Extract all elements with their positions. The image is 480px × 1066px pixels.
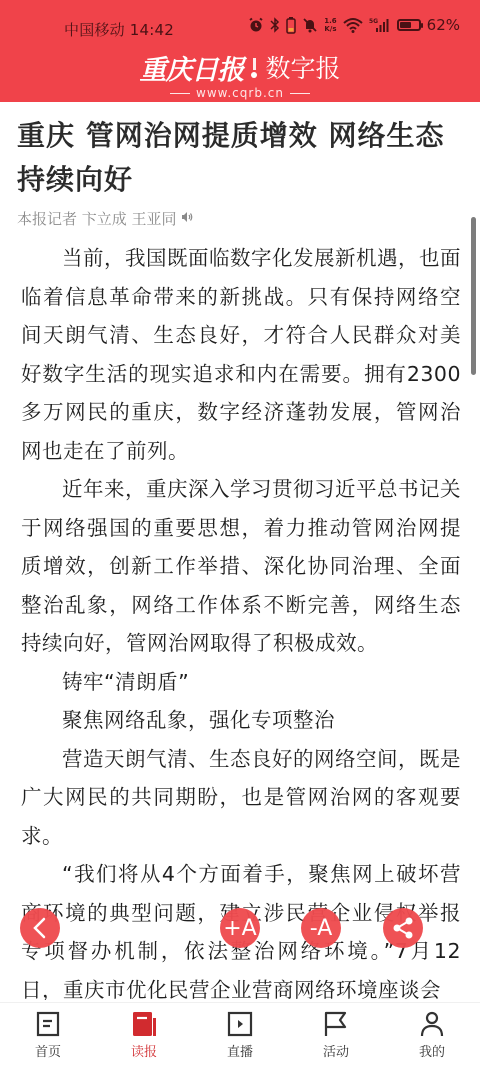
chevron-left-icon xyxy=(30,916,50,940)
font-decrease-icon: -A xyxy=(310,916,333,941)
masthead: 重庆日报 数字报 xyxy=(0,47,480,87)
masthead-url: www.cqrb.cn xyxy=(0,86,480,100)
masthead-subtitle: 数字报 xyxy=(265,49,340,85)
article-body: 当前，我国既面临数字化发展新机遇，也面临着信息革命带来的新挑战。只有保持网络空间… xyxy=(21,239,461,1000)
tab-read-paper[interactable]: 读报 xyxy=(96,1003,192,1066)
divider xyxy=(170,93,190,94)
share-icon xyxy=(391,916,415,940)
speaker-icon[interactable] xyxy=(181,211,193,226)
article-paragraph: 当前，我国既面临数字化发展新机遇，也面临着信息革命带来的新挑战。只有保持网络空间… xyxy=(21,239,461,470)
status-bar: 中国移动 14:42 1.6 K/s 5G xyxy=(0,0,480,44)
bottom-tab-bar: 首页 读报 直播 活动 我的 xyxy=(0,1002,480,1066)
net-speed-unit: K/s xyxy=(324,25,336,33)
battery-saver-icon xyxy=(286,16,296,34)
status-right: 1.6 K/s 5G 62% xyxy=(248,16,460,34)
home-icon xyxy=(35,1011,61,1037)
tab-label: 活动 xyxy=(323,1041,349,1060)
newspaper-logo: 重庆日报 xyxy=(139,48,243,87)
tab-label: 直播 xyxy=(227,1041,253,1060)
article-view[interactable]: 重庆 管网治网提质增效 网络生态持续向好 本报记者 卞立成 王亚同 当前，我国既… xyxy=(0,102,480,1000)
font-increase-icon: +A xyxy=(223,916,256,941)
tab-label: 我的 xyxy=(419,1041,445,1060)
tab-live[interactable]: 直播 xyxy=(192,1003,288,1066)
tab-activities[interactable]: 活动 xyxy=(288,1003,384,1066)
tab-home[interactable]: 首页 xyxy=(0,1003,96,1066)
mute-icon xyxy=(302,16,318,34)
share-button[interactable] xyxy=(383,908,423,948)
section-subheading: 聚焦网络乱象，强化专项整治 xyxy=(21,701,461,740)
status-left: 中国移动 14:42 xyxy=(64,19,174,40)
flag-icon xyxy=(323,1011,349,1037)
site-url: www.cqrb.cn xyxy=(196,86,284,100)
tab-label: 读报 xyxy=(131,1041,157,1060)
svg-text:5G: 5G xyxy=(369,18,378,25)
decrease-font-button[interactable]: -A xyxy=(301,908,341,948)
wifi-icon xyxy=(343,16,363,34)
newspaper-icon xyxy=(131,1011,157,1037)
tab-label: 首页 xyxy=(35,1041,61,1060)
app-header: 中国移动 14:42 1.6 K/s 5G xyxy=(0,0,480,102)
battery-percent: 62% xyxy=(427,16,460,34)
divider xyxy=(290,93,310,94)
back-button[interactable] xyxy=(20,908,60,948)
increase-font-button[interactable]: +A xyxy=(220,908,260,948)
article-title: 重庆 管网治网提质增效 网络生态持续向好 xyxy=(17,114,467,202)
battery-level xyxy=(400,22,411,28)
article-byline: 本报记者 卞立成 王亚同 xyxy=(17,208,193,229)
article-paragraph: 营造天朗气清、生态良好的网络空间，既是广大网民的共同期盼，也是管网治网的客观要求… xyxy=(21,740,461,856)
battery-icon xyxy=(397,19,421,31)
alarm-icon xyxy=(248,16,264,34)
author-names: 本报记者 卞立成 王亚同 xyxy=(17,208,177,229)
carrier-name: 中国移动 xyxy=(64,21,125,39)
bluetooth-icon xyxy=(270,16,280,34)
profile-icon xyxy=(419,1011,445,1037)
online-mark-icon xyxy=(251,56,257,78)
live-play-icon xyxy=(227,1011,253,1037)
clock: 14:42 xyxy=(130,21,174,39)
section-heading: 铸牢“清朗盾” xyxy=(21,663,461,702)
article-paragraph: 近年来，重庆深入学习贯彻习近平总书记关于网络强国的重要思想，着力推动管网治网提质… xyxy=(21,470,461,663)
5g-signal-icon: 5G xyxy=(369,16,391,34)
net-speed-value: 1.6 xyxy=(324,17,336,25)
scrollbar[interactable] xyxy=(471,217,476,375)
net-speed: 1.6 K/s xyxy=(324,17,336,33)
tab-profile[interactable]: 我的 xyxy=(384,1003,480,1066)
